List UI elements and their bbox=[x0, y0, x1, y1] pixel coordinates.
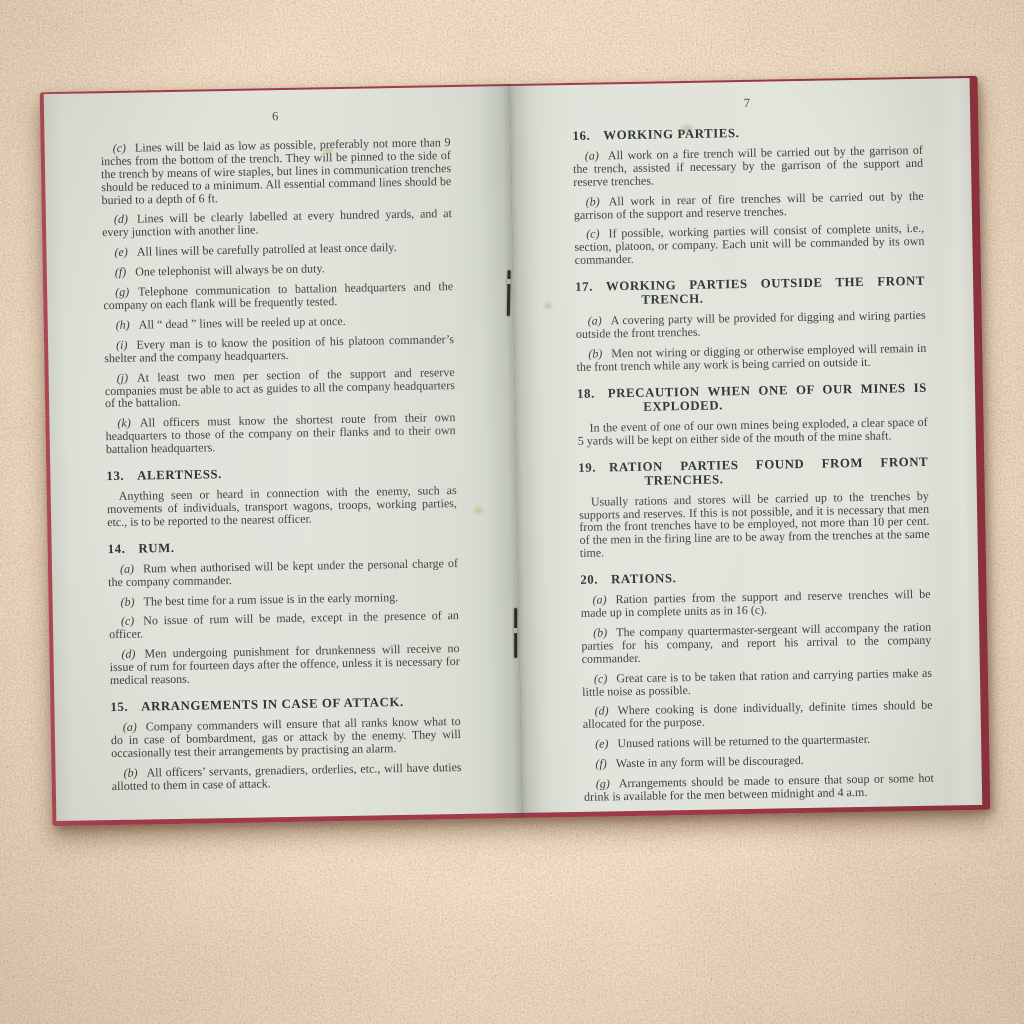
paragraph: (b)All work in rear of fire trenches wil… bbox=[574, 189, 924, 221]
paragraph: (i)Every man is to know the position of … bbox=[104, 333, 454, 365]
paragraph-label: (h) bbox=[116, 318, 130, 332]
paragraph-text: All officers’ servants, grenadiers, orde… bbox=[112, 760, 462, 793]
paragraph-text: Great care is to be taken that ration an… bbox=[582, 665, 932, 698]
section-heading: 16.WORKING PARTIES. bbox=[572, 123, 922, 143]
paragraph-text: The best time for a rum issue is in the … bbox=[143, 590, 398, 608]
paragraph: (d)Where cooking is done individually, d… bbox=[582, 699, 932, 731]
section-number: 17. bbox=[575, 280, 593, 294]
section-number: 16. bbox=[572, 129, 590, 143]
section-heading: 14.RUM. bbox=[108, 536, 458, 556]
section-heading: 19.RATION PARTIES FOUND FROM FRONT TRENC… bbox=[578, 454, 928, 488]
section-heading: 13.ALERTNESS. bbox=[106, 463, 456, 483]
section-heading: 15.ARRANGEMENTS IN CASE OF ATTACK. bbox=[110, 694, 460, 714]
section-heading: 17.WORKING PARTIES OUTSIDE THE FRONT TRE… bbox=[575, 274, 925, 308]
section-number: 20. bbox=[580, 573, 598, 587]
paragraph-text: All officers must know the shortest rout… bbox=[106, 410, 456, 456]
paragraph: (g)Arrangements should be made to ensure… bbox=[584, 772, 934, 804]
paragraph-text: Unused rations will be returned to the q… bbox=[617, 732, 870, 750]
paragraph: (a)Ration parties from the support and r… bbox=[581, 588, 931, 620]
paragraph-text: In the event of one of our own mines bei… bbox=[578, 415, 928, 448]
open-booklet: 6 (c)Lines will be laid as low as possib… bbox=[40, 76, 991, 826]
paragraph-text: The company quartermaster-sergeant will … bbox=[581, 620, 931, 666]
paragraph-text: Ration parties from the support and rese… bbox=[581, 587, 931, 620]
paragraph: In the event of one of our own mines bei… bbox=[577, 416, 927, 448]
paragraph: (a)All work on a fire trench will be car… bbox=[573, 144, 924, 189]
paragraph-text: Men not wiring or digging or otherwise e… bbox=[576, 341, 926, 374]
paragraph-text: Waste in any form will be discouraged. bbox=[616, 753, 804, 770]
paragraph-text: All “ dead ” lines will be reeled up at … bbox=[139, 314, 346, 332]
paragraph-text: Every man is to know the position of his… bbox=[104, 332, 454, 365]
paragraph: (g)Telephone communication to battalion … bbox=[103, 280, 453, 312]
paragraph: (b)The best time for a rum issue is in t… bbox=[108, 590, 458, 609]
paragraph: (a)A covering party will be provided for… bbox=[576, 309, 926, 341]
section-title: ARRANGEMENTS IN CASE OF ATTACK. bbox=[141, 695, 404, 714]
pages-spread: 6 (c)Lines will be laid as low as possib… bbox=[44, 78, 983, 821]
paragraph: Anything seen or heard in connection wit… bbox=[107, 484, 458, 529]
paragraph-text: Men undergoing punishment for drunkennes… bbox=[110, 641, 460, 687]
paragraph: (b)Men not wiring or digging or otherwis… bbox=[576, 342, 926, 374]
page-7-content: 16.WORKING PARTIES.(a)All work on a fire… bbox=[572, 123, 934, 804]
paragraph: Usually rations and stores will be carri… bbox=[579, 489, 930, 560]
paragraph-text: All lines will be carefully patrolled at… bbox=[137, 240, 397, 259]
paragraph: (f)One telephonist will always be on dut… bbox=[103, 260, 453, 279]
section-title: RUM. bbox=[138, 541, 174, 556]
page-7: 7 16.WORKING PARTIES.(a)All work on a fi… bbox=[510, 78, 983, 813]
paragraph-text: Arrangements should be made to ensure th… bbox=[584, 771, 934, 804]
paragraph: (c)Great care is to be taken that ration… bbox=[582, 666, 932, 698]
section-number: 19. bbox=[578, 460, 596, 474]
paragraph: (b)All officers’ servants, grenadiers, o… bbox=[111, 761, 461, 793]
paragraph: (j)At least two men per section of the s… bbox=[105, 366, 456, 411]
paragraph: (c)Lines will be laid as low as possible… bbox=[101, 136, 452, 207]
section-number: 15. bbox=[110, 700, 128, 714]
paragraph-text: All work in rear of fire trenches will b… bbox=[574, 188, 924, 221]
paragraph-text: Lines will be clearly labelled at every … bbox=[102, 207, 452, 240]
paragraph: (h)All “ dead ” lines will be reeled up … bbox=[104, 313, 454, 332]
page-number-left: 6 bbox=[100, 107, 450, 126]
paragraph: (d)Men undergoing punishment for drunken… bbox=[109, 642, 460, 687]
paragraph-text: A covering party will be provided for di… bbox=[576, 308, 926, 341]
paragraph-text: All work on a fire trench will be carrie… bbox=[573, 143, 923, 189]
section-title: ALERTNESS. bbox=[137, 467, 222, 482]
paragraph-label: (b) bbox=[120, 594, 134, 608]
paragraph: (e)All lines will be carefully patrolled… bbox=[102, 240, 452, 259]
paragraph-text: Telephone communication to battalion hea… bbox=[103, 279, 453, 312]
paragraph: (k)All officers must know the shortest r… bbox=[105, 411, 456, 456]
paragraph-label: (f) bbox=[595, 757, 607, 771]
paragraph-label: (e) bbox=[595, 737, 609, 751]
paragraph-text: No issue of rum will be made, except in … bbox=[109, 608, 459, 641]
section-title: WORKING PARTIES. bbox=[603, 126, 739, 142]
section-number: 13. bbox=[106, 469, 124, 483]
paragraph-text: Usually rations and stores will be carri… bbox=[579, 488, 930, 560]
paragraph: (d)Lines will be clearly labelled at eve… bbox=[102, 208, 452, 240]
paragraph: (f)Waste in any form will be discouraged… bbox=[583, 752, 933, 771]
paragraph: (b)The company quartermaster-sergeant wi… bbox=[581, 621, 932, 666]
section-heading: 18.PRECAUTION WHEN ONE OF OUR MINES IS E… bbox=[577, 381, 927, 415]
section-heading: 20.RATIONS. bbox=[580, 567, 930, 587]
section-title: WORKING PARTIES OUTSIDE THE FRONT TRENCH… bbox=[606, 274, 925, 307]
paragraph: (c)If possible, working parties will con… bbox=[574, 222, 925, 267]
paragraph-label: (f) bbox=[115, 265, 127, 279]
paragraph-text: Lines will be laid as low as possible, p… bbox=[101, 135, 452, 207]
section-title: RATIONS. bbox=[611, 571, 677, 586]
page-6: 6 (c)Lines will be laid as low as possib… bbox=[44, 86, 523, 821]
section-number: 14. bbox=[108, 542, 126, 556]
paragraph-text: Anything seen or heard in connection wit… bbox=[107, 483, 457, 529]
paragraph-text: Rum when authorised will be kept under t… bbox=[108, 556, 458, 589]
paragraph: (e)Unused rations will be returned to th… bbox=[583, 732, 933, 751]
paragraph: (c)No issue of rum will be made, except … bbox=[109, 609, 459, 641]
paragraph: (a)Rum when authorised will be kept unde… bbox=[108, 557, 458, 589]
section-number: 18. bbox=[577, 386, 595, 400]
page-number-right: 7 bbox=[572, 94, 922, 113]
page-6-content: (c)Lines will be laid as low as possible… bbox=[101, 136, 462, 793]
paragraph-text: If possible, working parties will consis… bbox=[574, 221, 924, 267]
paragraph-text: One telephonist will always be on duty. bbox=[135, 261, 325, 278]
photo-scene: 6 (c)Lines will be laid as low as possib… bbox=[0, 0, 1024, 1024]
paragraph: (a)Company commanders will ensure that a… bbox=[111, 715, 462, 760]
paragraph-label: (e) bbox=[114, 245, 128, 259]
paragraph-text: Where cooking is done individually, defi… bbox=[583, 698, 933, 731]
paragraph-text: Company commanders will ensure that all … bbox=[111, 714, 461, 760]
section-title: RATION PARTIES FOUND FROM FRONT TRENCHES… bbox=[609, 454, 928, 487]
paragraph-text: At least two men per section of the supp… bbox=[105, 365, 455, 411]
staple-bottom bbox=[514, 608, 517, 658]
section-title: PRECAUTION WHEN ONE OF OUR MINES IS EXPL… bbox=[608, 381, 927, 414]
